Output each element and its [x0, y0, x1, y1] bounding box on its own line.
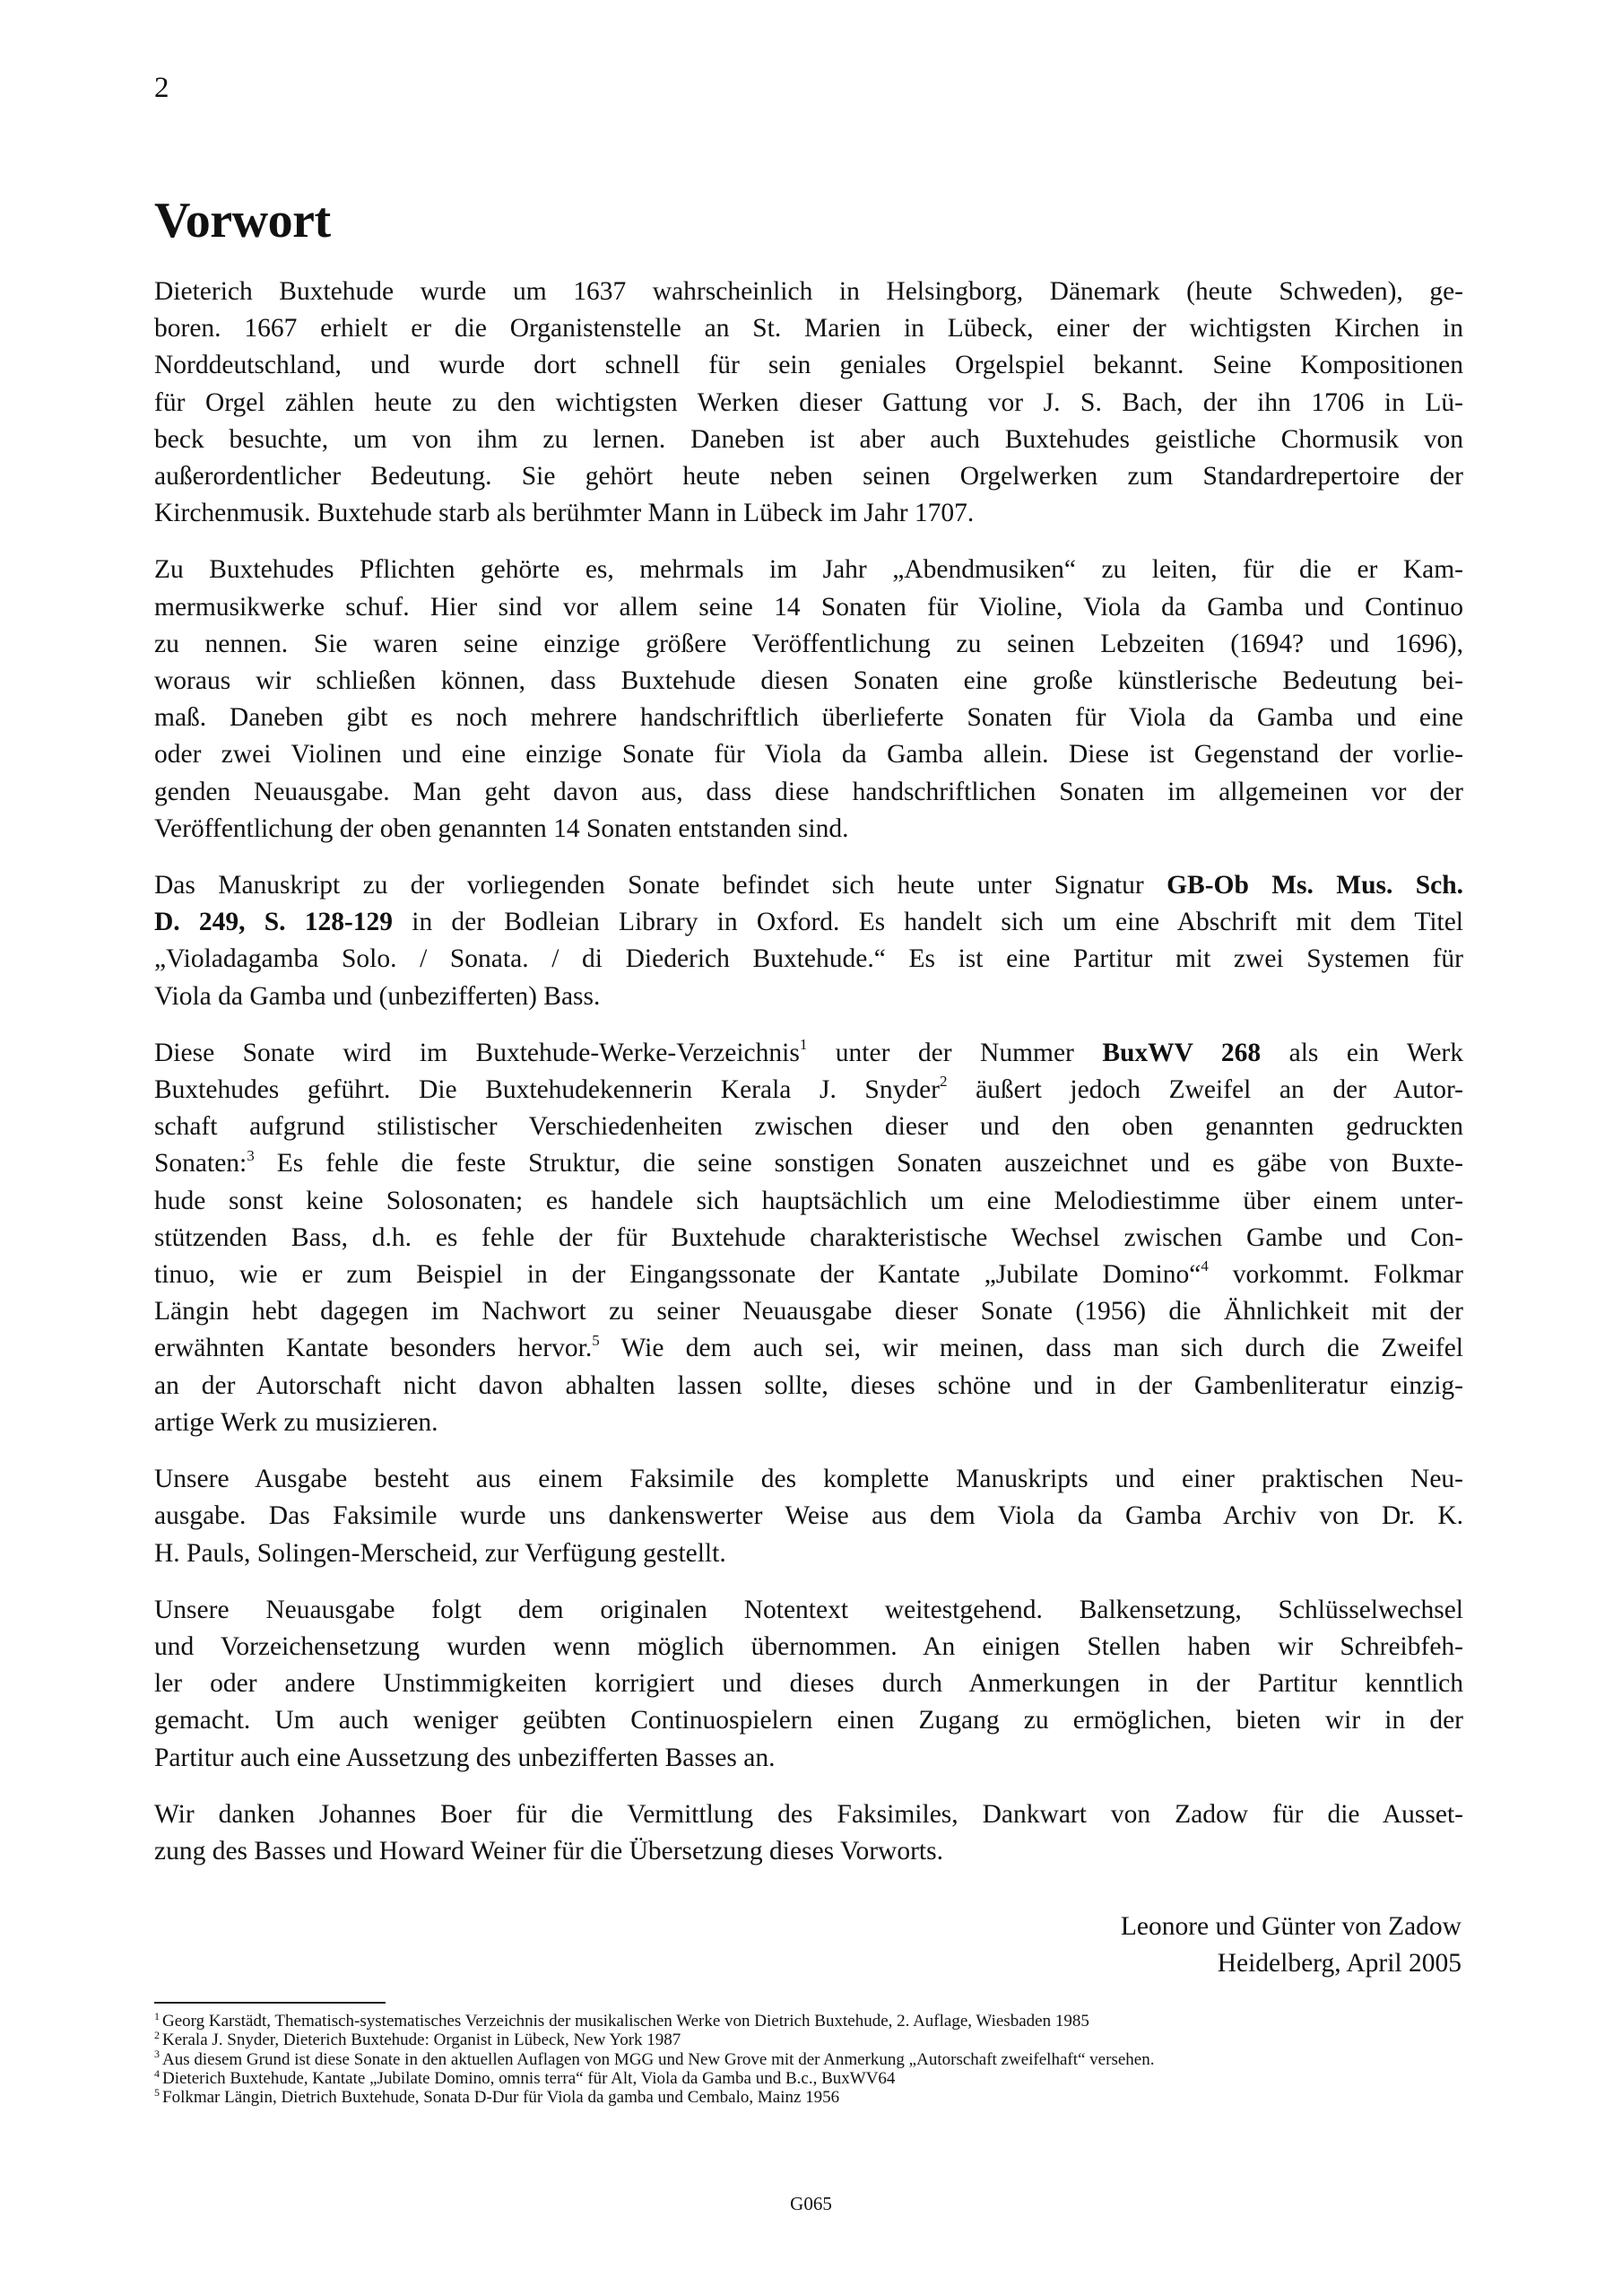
text-line: Partitur auch eine Aussetzung des unbezi…: [154, 1740, 1463, 1777]
text-segment: in der Bodleian Library in Oxford. Es ha…: [393, 908, 1463, 936]
text-line: Unsere Ausgabe besteht aus einem Faksimi…: [154, 1461, 1463, 1498]
footnote-divider: [154, 2002, 386, 2004]
text-segment: äußert jedoch Zweifel an der Autor-: [948, 1075, 1464, 1104]
text-line: Längin hebt dagegen im Nachwort zu seine…: [154, 1293, 1463, 1330]
text-line: tinuo, wie er zum Beispiel in der Eingan…: [154, 1257, 1463, 1293]
footnote-text: Folkmar Längin, Dietrich Buxtehude, Sona…: [162, 2088, 839, 2107]
text-segment: unter der Nummer: [807, 1039, 1102, 1067]
text-line: und Vorzeichensetzung wurden wenn möglic…: [154, 1629, 1463, 1665]
footnote-text: Georg Karstädt, Thematisch-systematische…: [162, 2012, 1089, 2031]
text-segment: tinuo, wie er zum Beispiel in der Eingan…: [154, 1260, 1201, 1289]
text-line: zung des Basses und Howard Weiner für di…: [154, 1833, 1463, 1870]
text-line: Das Manuskript zu der vorliegenden Sonat…: [154, 867, 1463, 904]
footnote-ref-2[interactable]: 2: [940, 1073, 948, 1090]
footnote-3: 3Aus diesem Grund ist diese Sonate in de…: [154, 2050, 1463, 2069]
text-segment: Wie dem auch sei, wir meinen, dass man s…: [600, 1334, 1463, 1362]
text-line: außerordentlicher Bedeutung. Sie gehört …: [154, 458, 1463, 495]
text-line: erwähnten Kantate besonders hervor.5 Wie…: [154, 1330, 1463, 1367]
text-line: Dieterich Buxtehude wurde um 1637 wahrsc…: [154, 274, 1463, 310]
footnote-4: 4Dieterich Buxtehude, Kantate „Jubilate …: [154, 2069, 1463, 2088]
text-line: stützenden Bass, d.h. es fehle der für B…: [154, 1220, 1463, 1257]
text-line: maß. Daneben gibt es noch mehrere handsc…: [154, 700, 1463, 736]
paragraph-authorship: Diese Sonate wird im Buxtehude-Werke-Ver…: [154, 1035, 1463, 1441]
text-line: D. 249, S. 128-129 in der Bodleian Libra…: [154, 904, 1463, 941]
footnote-1: 1Georg Karstädt, Thematisch-systematisch…: [154, 2012, 1463, 2031]
footnote-5: 5Folkmar Längin, Dietrich Buxtehude, Son…: [154, 2088, 1463, 2107]
paragraph-manuscript: Das Manuskript zu der vorliegenden Sonat…: [154, 867, 1463, 1015]
text-line: für Orgel zählen heute zu den wichtigste…: [154, 385, 1463, 422]
signature-names: Leonore und Günter von Zadow: [1121, 1909, 1462, 1945]
text-segment: Buxtehudes geführt. Die Buxtehudekenneri…: [154, 1075, 940, 1104]
text-line: Unsere Neuausgabe folgt dem originalen N…: [154, 1592, 1463, 1629]
page-number: 2: [154, 74, 169, 103]
text-line: Veröffentlichung der oben genannten 14 S…: [154, 811, 1463, 848]
footnote-text: Kerala J. Snyder, Dieterich Buxtehude: O…: [162, 2031, 681, 2049]
paragraph-acknowledgements: Wir danken Johannes Boer für die Vermitt…: [154, 1796, 1463, 1870]
text-segment: Das Manuskript zu der vorliegenden Sonat…: [154, 871, 1167, 900]
text-line: artige Werk zu musizieren.: [154, 1405, 1463, 1441]
preface-body: Dieterich Buxtehude wurde um 1637 wahrsc…: [154, 274, 1463, 1890]
text-line: H. Pauls, Solingen-Merscheid, zur Verfüg…: [154, 1535, 1463, 1572]
footnote-ref-3[interactable]: 3: [247, 1147, 255, 1164]
text-line: ler oder andere Unstimmigkeiten korrigie…: [154, 1665, 1463, 1702]
text-segment: als ein Werk: [1261, 1039, 1463, 1067]
text-line: „Violadagamba Solo. / Sonata. / di Diede…: [154, 941, 1463, 978]
catalog-code: G065: [0, 2195, 1622, 2213]
text-segment: erwähnten Kantate besonders hervor.: [154, 1334, 592, 1362]
footnote-text: Aus diesem Grund ist diese Sonate in den…: [162, 2050, 1154, 2069]
text-line: zu nennen. Sie waren seine einzige größe…: [154, 626, 1463, 663]
text-line: Zu Buxtehudes Pflichten gehörte es, mehr…: [154, 552, 1463, 588]
paragraph-biography: Dieterich Buxtehude wurde um 1637 wahrsc…: [154, 274, 1463, 532]
footnote-number: 4: [154, 2067, 160, 2080]
footnote-text: Dieterich Buxtehude, Kantate „Jubilate D…: [162, 2069, 895, 2088]
text-segment: Sonaten:: [154, 1149, 247, 1178]
text-segment: Diese Sonate wird im Buxtehude-Werke-Ver…: [154, 1039, 800, 1067]
text-segment: vorkommt. Folkmar: [1209, 1260, 1463, 1289]
text-line: Diese Sonate wird im Buxtehude-Werke-Ver…: [154, 1035, 1463, 1072]
signature-block: Leonore und Günter von Zadow Heidelberg,…: [1121, 1909, 1462, 1982]
text-line: woraus wir schließen können, dass Buxteh…: [154, 663, 1463, 700]
text-line: beck besuchte, um von ihm zu lernen. Dan…: [154, 422, 1463, 458]
text-line: Viola da Gamba und (unbezifferten) Bass.: [154, 978, 1463, 1015]
text-line: genden Neuausgabe. Man geht davon aus, d…: [154, 774, 1463, 811]
paragraph-edition-notes: Unsere Neuausgabe folgt dem originalen N…: [154, 1592, 1463, 1777]
catalog-number: BuxWV 268: [1102, 1039, 1261, 1067]
manuscript-signature: GB-Ob Ms. Mus. Sch.: [1167, 871, 1463, 900]
footnote-ref-4[interactable]: 4: [1201, 1257, 1209, 1274]
text-line: Wir danken Johannes Boer für die Vermitt…: [154, 1796, 1463, 1833]
footnote-2: 2Kerala J. Snyder, Dieterich Buxtehude: …: [154, 2031, 1463, 2049]
text-line: an der Autorschaft nicht davon abhalten …: [154, 1368, 1463, 1405]
text-line: Kirchenmusik. Buxtehude starb als berühm…: [154, 495, 1463, 532]
text-line: gemacht. Um auch weniger geübten Continu…: [154, 1702, 1463, 1739]
footnote-number: 1: [154, 2010, 160, 2022]
footnote-number: 2: [154, 2029, 160, 2041]
text-line: boren. 1667 erhielt er die Organistenste…: [154, 310, 1463, 347]
text-line: hude sonst keine Solosonaten; es handele…: [154, 1183, 1463, 1220]
text-line: oder zwei Violinen und eine einzige Sona…: [154, 736, 1463, 773]
signature-place-date: Heidelberg, April 2005: [1121, 1945, 1462, 1982]
manuscript-signature-cont: D. 249, S. 128-129: [154, 908, 393, 936]
page-title: Vorwort: [154, 196, 331, 246]
footnote-number: 5: [154, 2086, 160, 2099]
text-line: schaft aufgrund stilistischer Verschiede…: [154, 1109, 1463, 1145]
footnotes: 1Georg Karstädt, Thematisch-systematisch…: [154, 2012, 1463, 2107]
footnote-number: 3: [154, 2048, 160, 2060]
text-line: ausgabe. Das Faksimile wurde uns dankens…: [154, 1498, 1463, 1535]
text-line: Sonaten:3 Es fehle die feste Struktur, d…: [154, 1145, 1463, 1182]
paragraph-facsimile: Unsere Ausgabe besteht aus einem Faksimi…: [154, 1461, 1463, 1572]
text-line: mermusikwerke schuf. Hier sind vor allem…: [154, 589, 1463, 626]
footnote-ref-5[interactable]: 5: [592, 1332, 600, 1349]
paragraph-chamber-music: Zu Buxtehudes Pflichten gehörte es, mehr…: [154, 552, 1463, 848]
footnote-ref-1[interactable]: 1: [800, 1036, 808, 1053]
text-segment: Es fehle die feste Struktur, die seine s…: [255, 1149, 1463, 1178]
text-line: Norddeutschland, und wurde dort schnell …: [154, 347, 1463, 384]
text-line: Buxtehudes geführt. Die Buxtehudekenneri…: [154, 1072, 1463, 1109]
